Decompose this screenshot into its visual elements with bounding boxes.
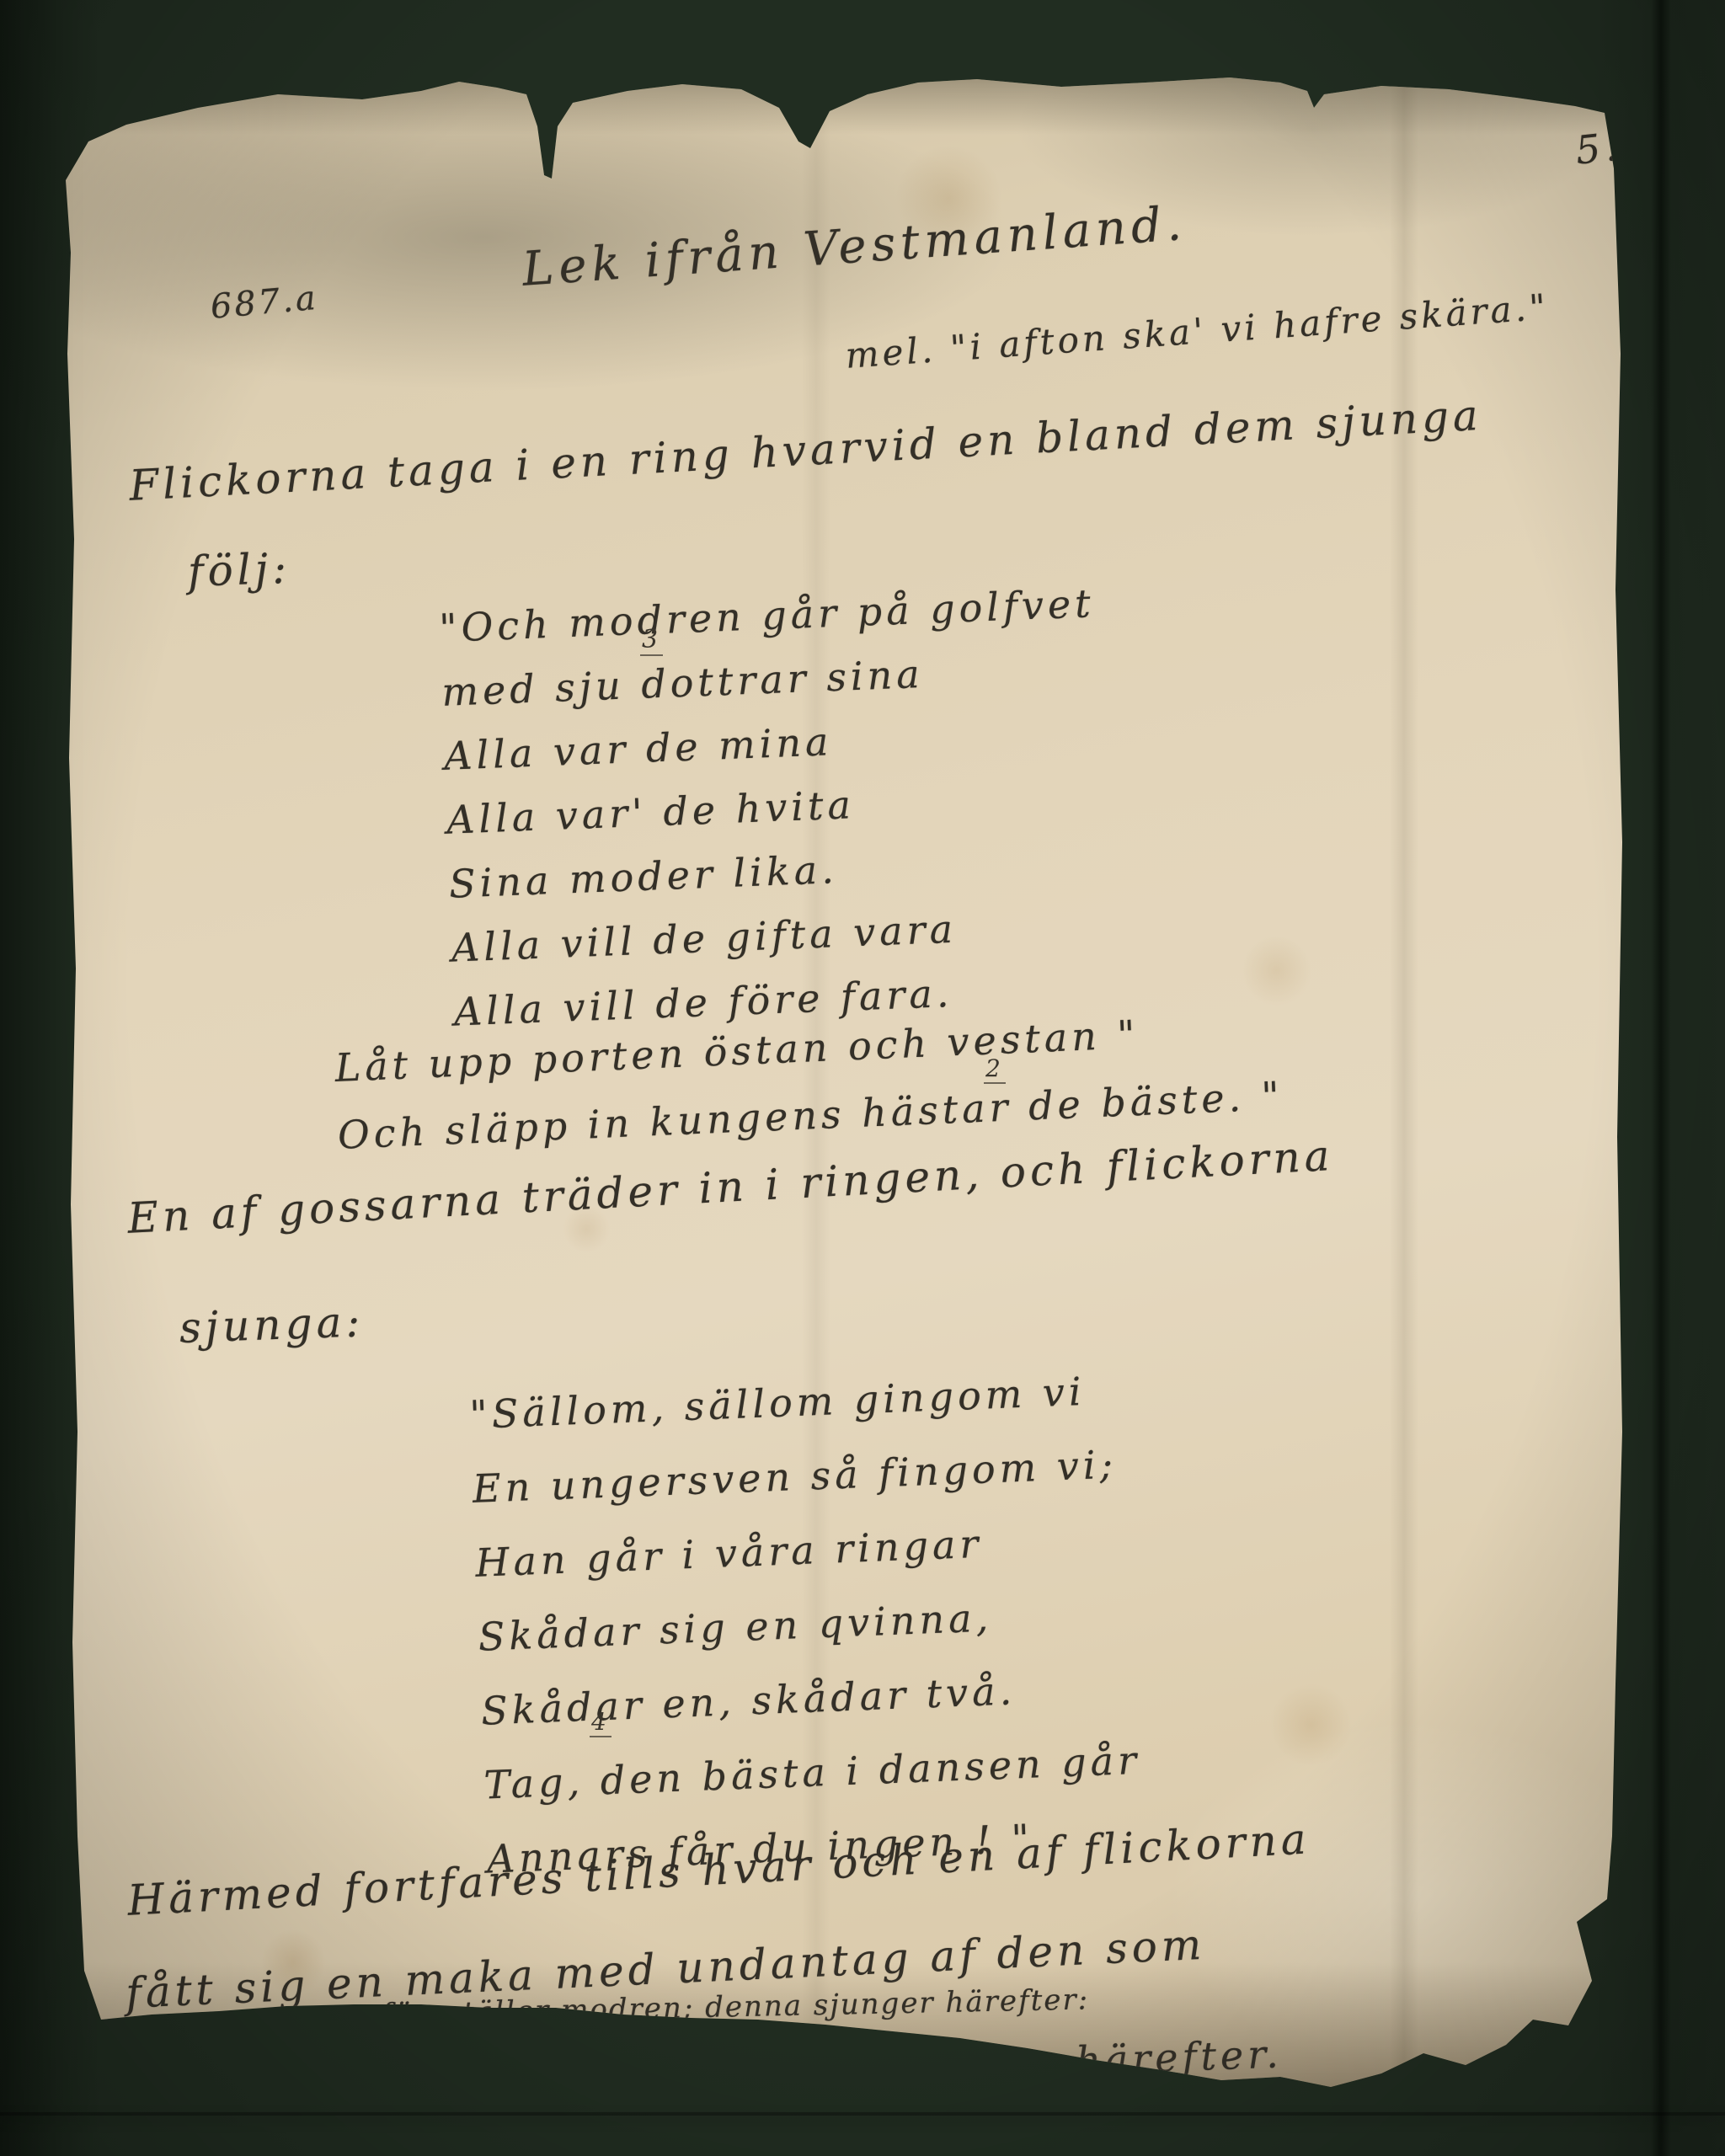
scanned-manuscript-page: 687.a 5. Lek ifrån Vestmanland. mel. "i … [0,0,1725,2156]
photo-vignette [0,0,1725,2156]
